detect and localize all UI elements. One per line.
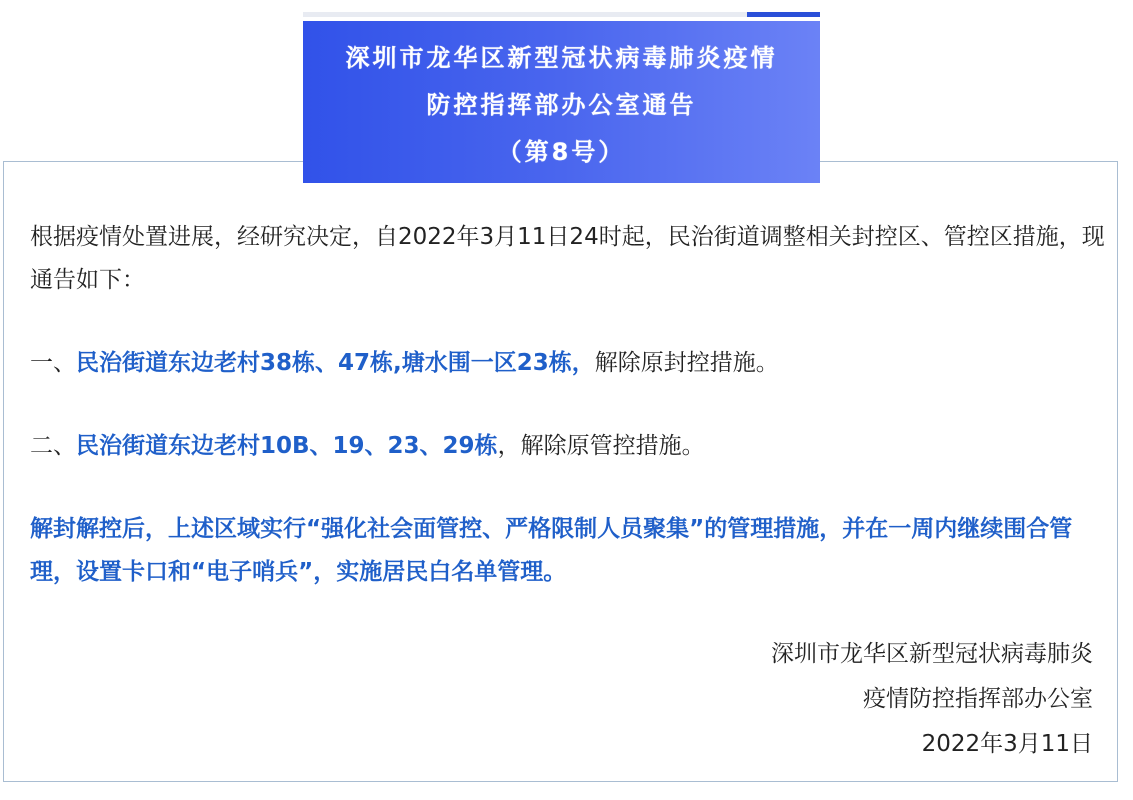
item-1-highlight: 民治街道东边老村38栋、47栋,塘水围一区23栋， <box>76 350 595 376</box>
banner-top-strip <box>303 12 820 17</box>
signature-date: 2022年3月11日 <box>771 722 1093 767</box>
signature-org-line1: 深圳市龙华区新型冠状病毒肺炎 <box>771 632 1093 677</box>
item-2-prefix: 二、 <box>30 433 76 459</box>
signature-org-line2: 疫情防控指挥部办公室 <box>771 677 1093 722</box>
banner-title-line2: 防控指挥部办公室通告 <box>303 82 820 129</box>
item-2: 二、民治街道东边老村10B、19、23、29栋，解除原管控措施。 <box>30 425 1105 468</box>
banner-accent-bar <box>747 12 820 17</box>
intro-paragraph: 根据疫情处置进展，经研究决定，自2022年3月11日24时起，民治街道调整相关封… <box>30 216 1105 302</box>
item-1-prefix: 一、 <box>30 350 76 376</box>
signature-block: 深圳市龙华区新型冠状病毒肺炎 疫情防控指挥部办公室 2022年3月11日 <box>771 632 1093 767</box>
item-1-rest: 解除原封控措施。 <box>595 350 779 376</box>
item-2-rest: ，解除原管控措施。 <box>498 433 705 459</box>
emphasis-paragraph: 解封解控后，上述区域实行“强化社会面管控、严格限制人员聚集”的管理措施，并在一周… <box>30 508 1105 594</box>
item-1: 一、民治街道东边老村38栋、47栋,塘水围一区23栋，解除原封控措施。 <box>30 342 1105 385</box>
notice-body: 根据疫情处置进展，经研究决定，自2022年3月11日24时起，民治街道调整相关封… <box>30 216 1105 594</box>
banner-notice-number: （第8号） <box>303 129 820 176</box>
notice-banner: 深圳市龙华区新型冠状病毒肺炎疫情 防控指挥部办公室通告 （第8号） <box>303 21 820 183</box>
item-2-highlight: 民治街道东边老村10B、19、23、29栋 <box>76 433 498 459</box>
banner-title-line1: 深圳市龙华区新型冠状病毒肺炎疫情 <box>303 35 820 82</box>
